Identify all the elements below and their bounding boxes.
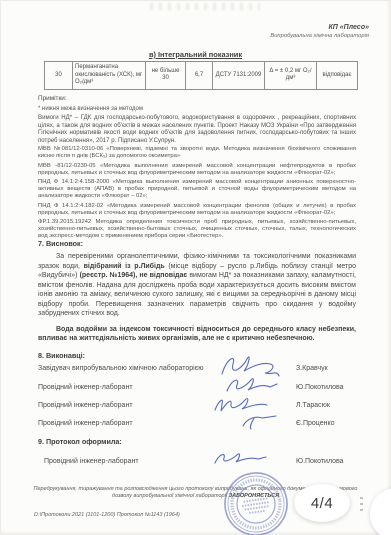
notes-title: Примітки: (38, 95, 67, 102)
conclusion-section: 7. Висновок: За перевіреними органолепти… (38, 239, 356, 344)
executor-role: Провідний інженер-лаборант (38, 402, 133, 409)
methods-list: МВВ №081/12-0310-06 «Поверхневі, підземн… (38, 146, 356, 243)
executors-heading: 8. Виконавці: (38, 351, 85, 360)
conclusion-paragraph-2: Вода водойми за індексом токсичності від… (38, 325, 356, 344)
cell-uncertainty: Δ = ± 0,2 мг О₂/дм³ (265, 62, 317, 90)
page-indicator: 4/4 (311, 495, 333, 512)
table-row: 30 Перманганатна окислюваність (ХСК), мг… (45, 62, 358, 90)
conclusion-heading: 7. Висновок: (38, 239, 356, 248)
method-paragraph: МВВ №081/12-0310-06 «Поверхневі, підземн… (38, 146, 356, 160)
method-paragraph: ПНД Ф 14.1:2:4.182-02 «Методика измерени… (38, 203, 356, 217)
method-paragraph: МВВ -81/12-0230-05 «Методика выполнения … (38, 163, 356, 177)
scanned-protocol-page: КП «Плесо» Випробувальна хімічна лаборат… (0, 0, 391, 535)
notes-footnote: * нижня межа визначення за методом (38, 106, 143, 112)
floating-button-partial[interactable] (370, 488, 391, 535)
text-segment-bold: не відповідає (139, 272, 187, 279)
cell-indicator: Перманганатна окислюваність (ХСК), мг О₂… (73, 62, 146, 90)
protocol-role: Провідний інженер-лаборант (44, 458, 139, 465)
lab-stamp (218, 466, 295, 535)
requirements-paragraph: Вимоги НД* – ГДК для господарсько-побуто… (38, 114, 356, 144)
cell-norm: не більше 30 (146, 62, 186, 90)
protocol-heading: 9. Протокол оформила: (38, 437, 122, 446)
cell-method: ДСТУ 7131:2009 (213, 62, 265, 90)
protocol-name: Ю.Покотилова (296, 458, 344, 465)
document-header: КП «Плесо» Випробувальна хімічна лаборат… (270, 24, 369, 40)
cell-number: 30 (45, 62, 73, 90)
file-path: D:\Протоколи 2021 (1101-1200) Протокол №… (34, 512, 180, 518)
results-table: 30 Перманганатна окислюваність (ХСК), мг… (44, 61, 358, 90)
integral-section-title: в) Інтегральний показник (0, 50, 391, 59)
cell-result: 6,7 (186, 62, 213, 90)
executor-role: Завідувач випробувальною хімічною лабора… (38, 365, 204, 372)
signature (238, 413, 280, 431)
conclusion-paragraph-1: За перевіреними органолептичними, фізико… (38, 252, 356, 319)
scan-mark (360, 497, 363, 511)
organization-name: КП «Плесо» (270, 24, 369, 33)
laboratory-name: Випробувальна хімічна лабораторія (270, 33, 369, 40)
executor-role: Провідний інженер-лаборант (38, 420, 133, 427)
scan-artifact (150, 3, 260, 10)
page-indicator-badge: 4/4 (294, 484, 350, 522)
method-paragraph: ФР.1.39.2015.19242 Методика определения … (38, 219, 356, 240)
executor-role: Провідний інженер-лаборант (38, 384, 133, 391)
executor-name: Ю.Покотилова (296, 384, 344, 391)
executor-name: З.Кравчук (296, 365, 328, 372)
text-segment-bold: відібраний із р.Либідь (84, 263, 165, 270)
executor-name: Л.Тарасюк (296, 402, 330, 409)
method-paragraph: ПНД Ф 14.1:2:4.158-2000 «Методика выполн… (38, 179, 356, 200)
cell-conclusion: відповідає (317, 62, 358, 90)
executor-name: Є.Проценко (296, 420, 335, 427)
signature (212, 448, 270, 470)
text-segment-bold: (реєстр. №1964), (80, 272, 140, 279)
